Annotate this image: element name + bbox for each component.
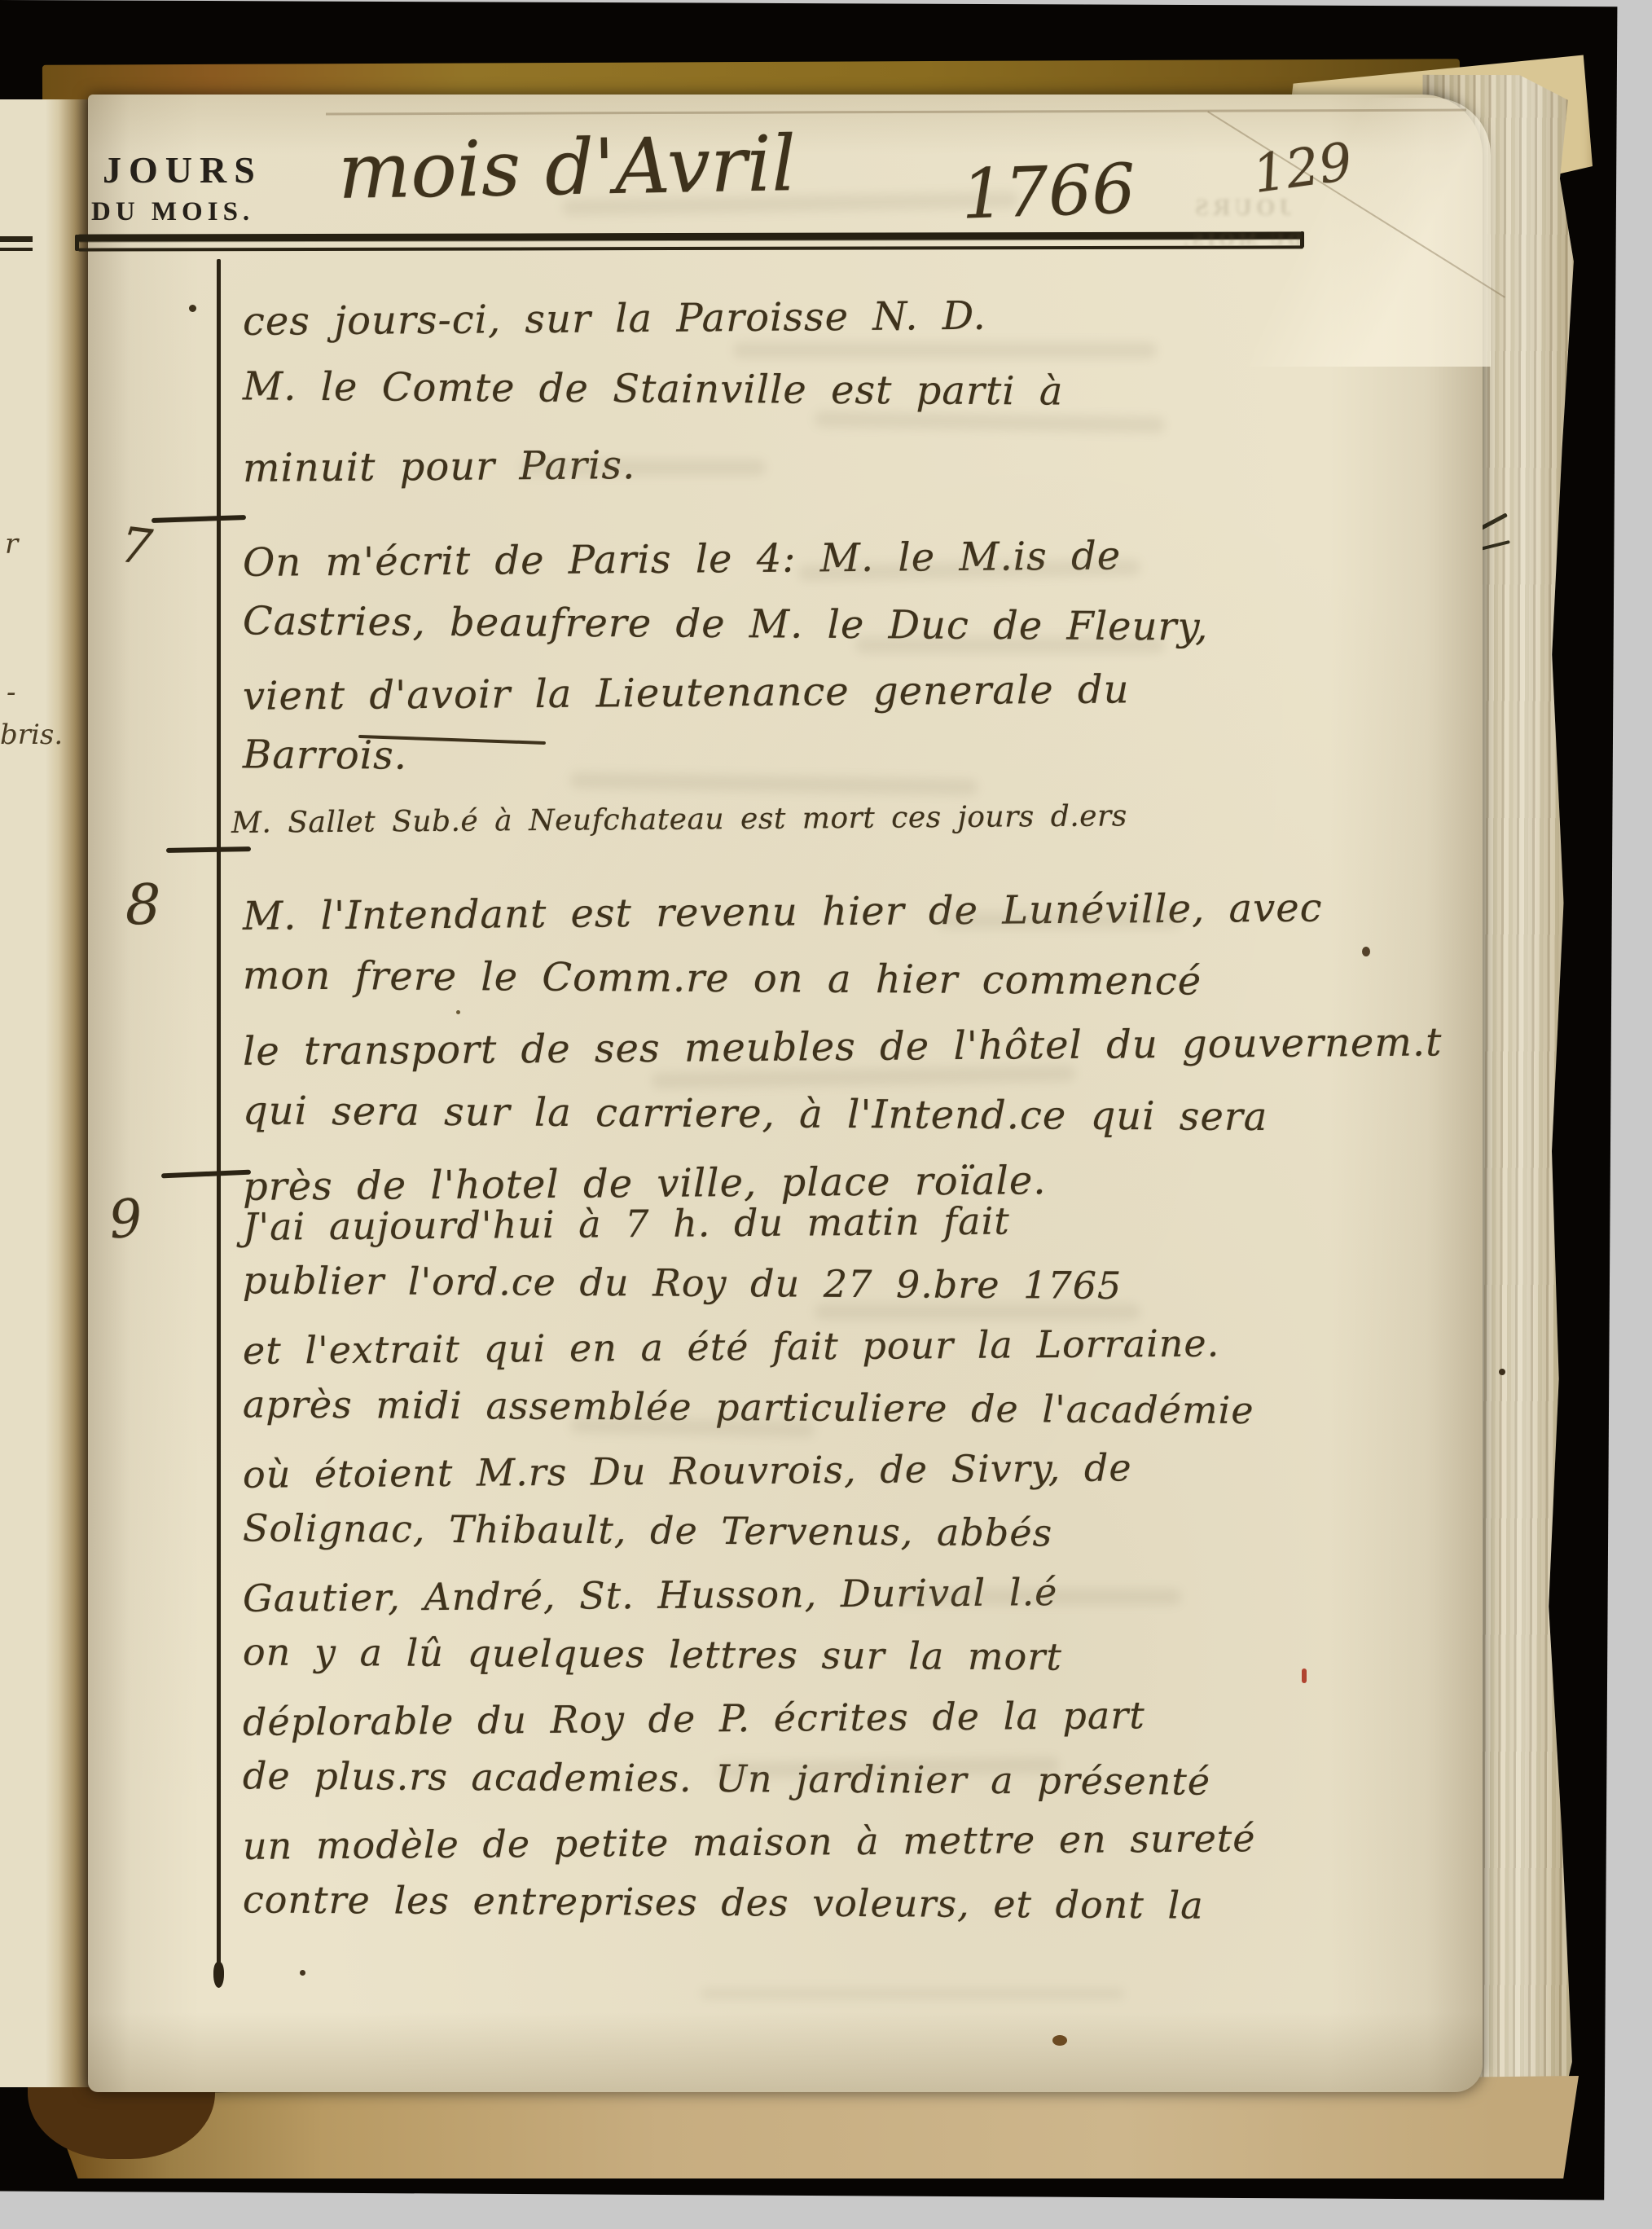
entry-line: J'ai aujourd'hui à 7 h. du matin fait	[243, 1186, 1465, 1258]
day-number-8: 8	[125, 873, 160, 938]
facing-page-text-fragment: -	[7, 676, 16, 709]
brown-stain	[1052, 2035, 1067, 2046]
day-number-9: 9	[107, 1188, 145, 1251]
facing-page-rule-fragment	[0, 248, 33, 251]
ink-showthrough	[815, 1304, 1140, 1320]
facing-page-text-fragment: bris.	[0, 719, 63, 751]
margin-dot	[189, 305, 196, 312]
ink-showthrough	[701, 1988, 1124, 1999]
entry-line: et l'extrait qui en a été fait pour la L…	[243, 1310, 1465, 1382]
entry-day-9: J'ai aujourd'hui à 7 h. du matin fait pu…	[243, 1191, 1465, 1934]
entry-line: Castries, beaufrere de M. le Duc de Fleu…	[243, 587, 1465, 662]
entry-line: Solignac, Thibault, de Tervenus, abbés	[243, 1497, 1465, 1566]
entry-line: M. Sallet Sub.é à Neufchateau est mort c…	[231, 787, 1465, 851]
paper-speck	[456, 1010, 460, 1014]
entry-line: on y a lû quelques lettres sur la mort	[243, 1620, 1465, 1690]
entry-line: où étoient M.rs Du Rouvrois, de Sivry, d…	[243, 1434, 1465, 1506]
ink-speck	[1362, 947, 1370, 956]
entry-day-8: M. l'Intendant est revenu hier de Lunévi…	[243, 878, 1465, 1216]
entry-line: de plus.rs academies. Un jardinier a pré…	[243, 1744, 1465, 1814]
entry-continuation: ces jours-ci, sur la Paroisse N. D. M. l…	[243, 280, 1465, 500]
entry-line: On m'écrit de Paris le 4: M. le M.is de	[243, 520, 1465, 596]
ink-showthrough	[937, 912, 1181, 929]
facing-page-sliver	[0, 99, 94, 2087]
fore-edge-speck	[1499, 1369, 1505, 1375]
entry-line: minuit pour Paris.	[243, 422, 1465, 505]
ink-showthrough	[521, 459, 766, 476]
ink-speck	[300, 1970, 305, 1976]
entry-line: qui sera sur la carriere, à l'Intend.ce …	[243, 1077, 1465, 1152]
ink-showthrough	[855, 637, 1165, 653]
entry-line: vient d'avoir la Lieutenance generale du	[243, 653, 1465, 730]
entry-line: Gautier, André, St. Husson, Durival l.é	[243, 1558, 1465, 1629]
printed-header-showthrough: DU MOIS.	[1180, 230, 1303, 252]
entry-line: après midi assemblée particuliere de l'a…	[243, 1373, 1465, 1442]
printed-header-du-mois: DU MOIS.	[91, 197, 254, 227]
ink-showthrough	[896, 1589, 1181, 1605]
scanned-manuscript-page: r - bris. JOURS DU MOIS. mois d'Avril 17…	[0, 0, 1652, 2229]
entry-line: un modèle de petite maison à mettre en s…	[243, 1805, 1465, 1877]
printed-header-showthrough: JOURS	[1191, 194, 1291, 222]
day-column-rule-ink-blob	[213, 1962, 224, 1988]
entry-line: mon frere le Comm.re on a hier commencé	[243, 942, 1465, 1017]
facing-page-rule-fragment	[0, 236, 33, 242]
red-mark	[1302, 1668, 1307, 1683]
facing-page-text-fragment: r	[5, 528, 18, 561]
rule-end-cap	[75, 235, 79, 251]
printed-header-jours: JOURS	[103, 148, 262, 191]
ink-showthrough	[733, 342, 1157, 358]
entry-line: déplorable du Roy de P. écrites de la pa…	[243, 1682, 1465, 1753]
entry-line: M. l'Intendant est revenu hier de Lunévi…	[243, 873, 1465, 951]
entry-line: contre les entreprises des voleurs, et d…	[243, 1868, 1465, 1937]
